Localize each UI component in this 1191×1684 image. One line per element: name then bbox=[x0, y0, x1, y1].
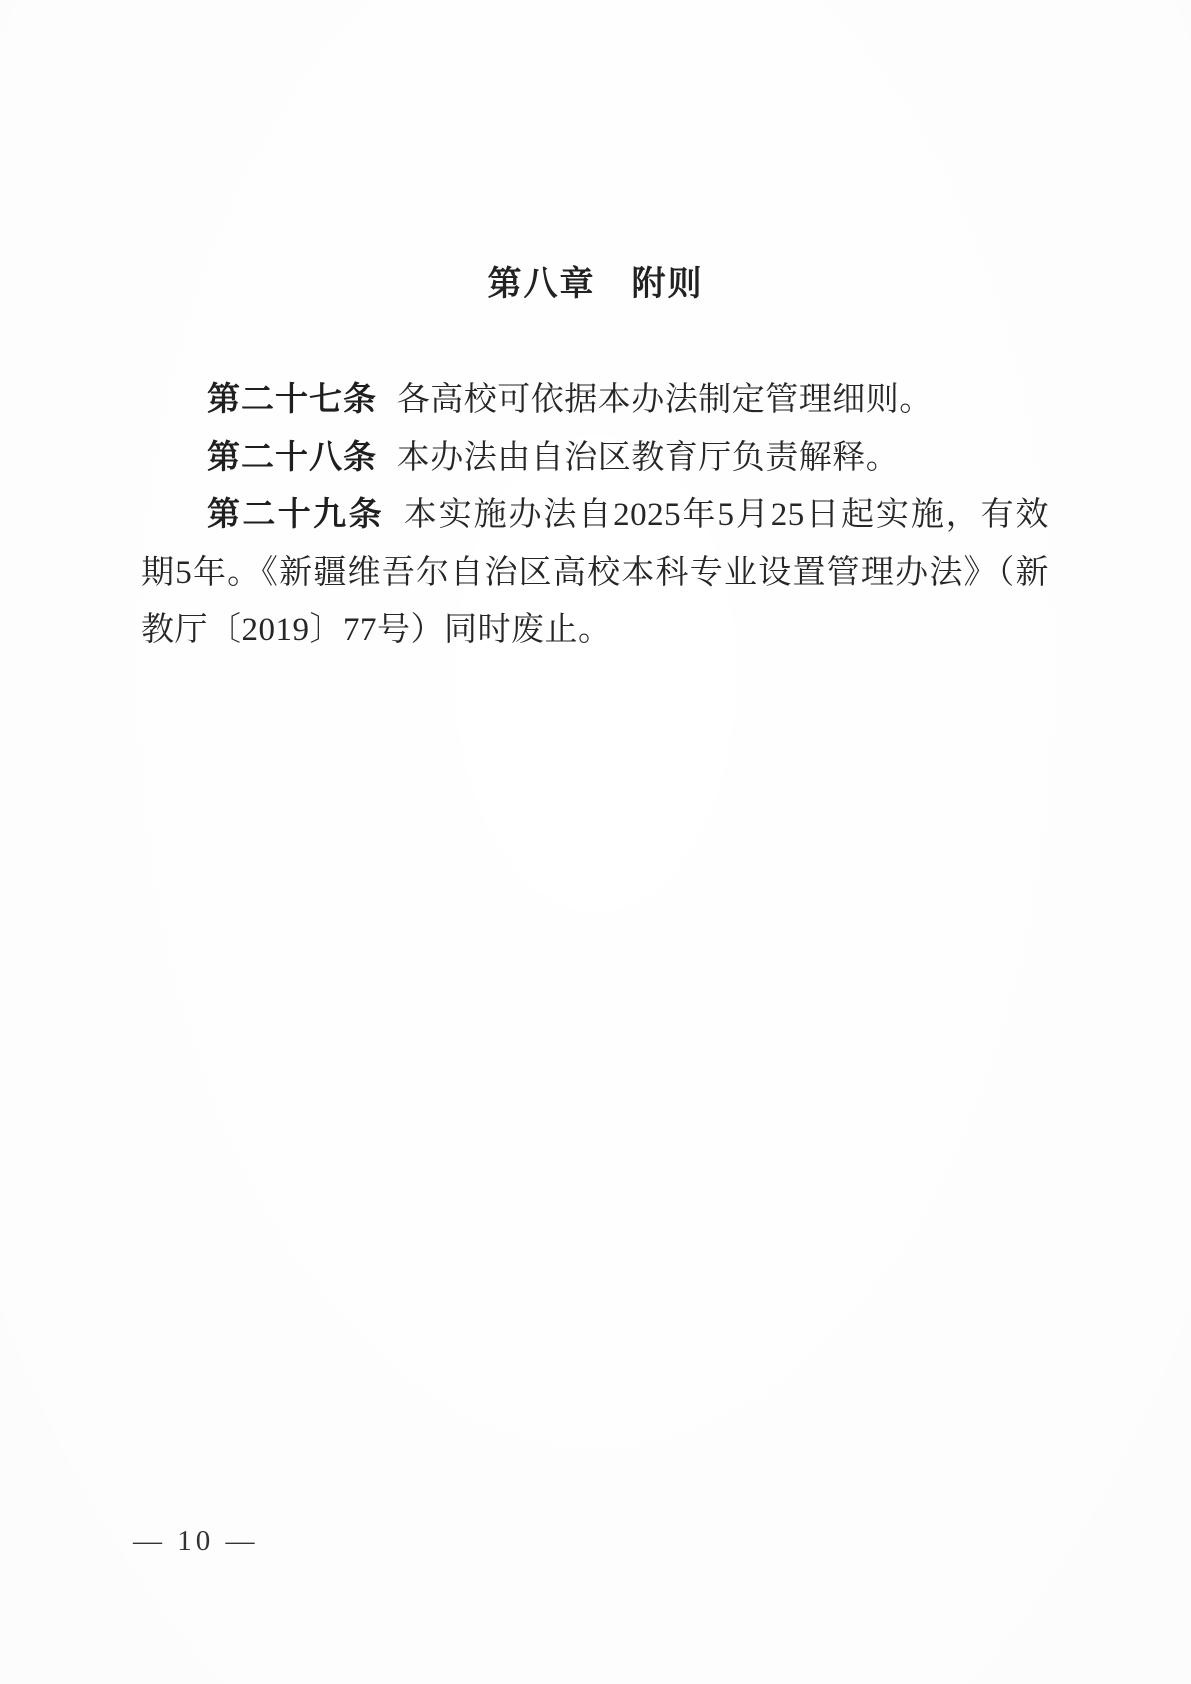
article-28: 第二十八条本办法由自治区教育厅负责解释。 bbox=[141, 430, 1049, 488]
page-number: — 10 — bbox=[133, 1524, 259, 1558]
document-body: 第二十七条各高校可依据本办法制定管理细则。 第二十八条本办法由自治区教育厅负责解… bbox=[141, 372, 1049, 660]
article-27-label: 第二十七条 bbox=[207, 382, 377, 418]
article-28-label: 第二十八条 bbox=[207, 440, 377, 476]
chapter-title: 第八章 附则 bbox=[0, 262, 1191, 306]
document-page: 第八章 附则 第二十七条各高校可依据本办法制定管理细则。 第二十八条本办法由自治… bbox=[0, 0, 1191, 1684]
article-29-label: 第二十九条 bbox=[207, 497, 384, 533]
article-27: 第二十七条各高校可依据本办法制定管理细则。 bbox=[141, 372, 1049, 430]
article-27-text: 各高校可依据本办法制定管理细则。 bbox=[397, 382, 933, 418]
article-29: 第二十九条本实施办法自2025年5月25日起实施，有效期5年。《新疆维吾尔自治区… bbox=[141, 487, 1049, 660]
article-28-text: 本办法由自治区教育厅负责解释。 bbox=[397, 440, 900, 476]
